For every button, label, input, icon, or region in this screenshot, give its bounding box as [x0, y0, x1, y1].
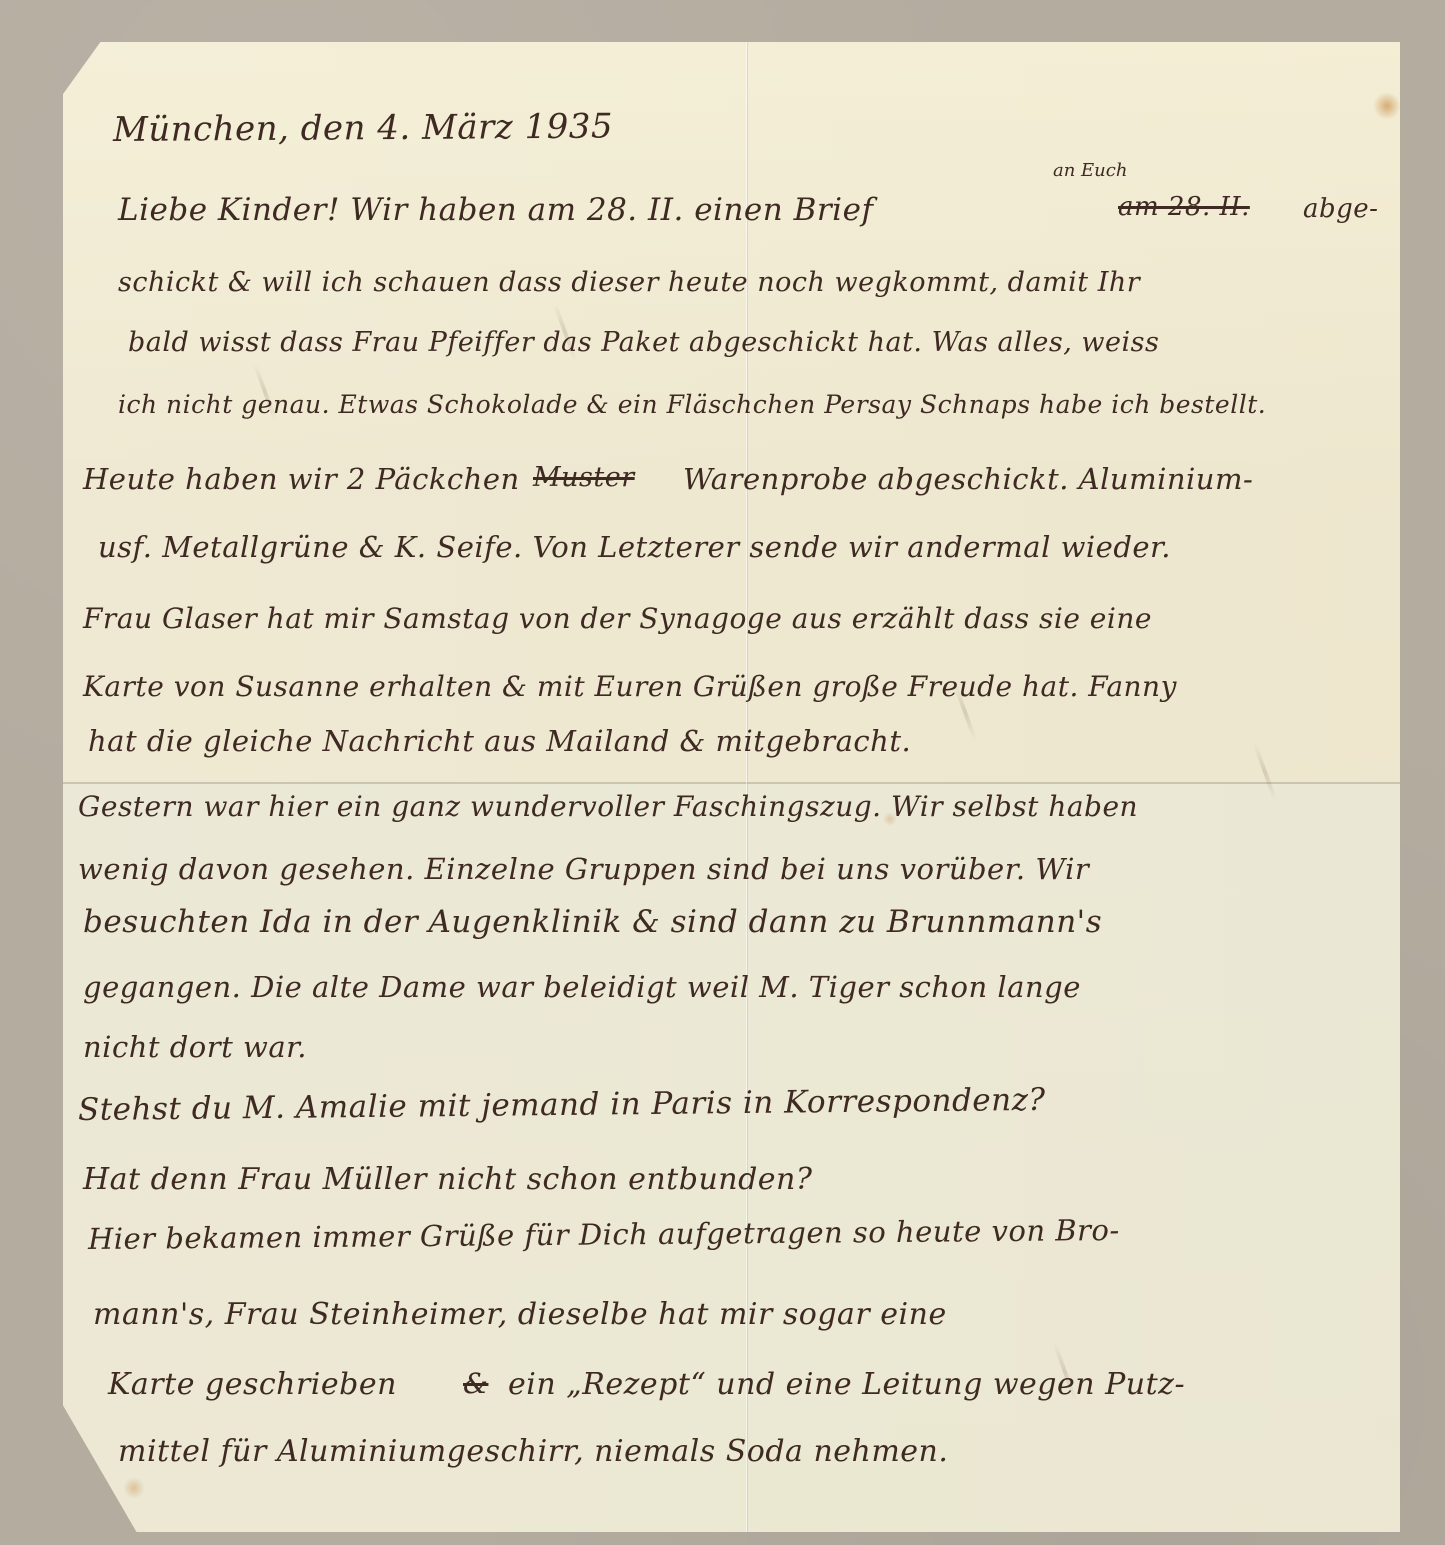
letter-line-11: wenig davon gesehen. Einzelne Gruppen si… — [78, 852, 1089, 886]
letter-line-13: gegangen. Die alte Dame war beleidigt we… — [83, 970, 1081, 1004]
letter-line-10: Gestern war hier ein ganz wundervoller F… — [78, 790, 1138, 823]
letter-paper: München, den 4. März 1935 Liebe Kinder! … — [63, 42, 1400, 1532]
letter-insertion-above: an Euch — [1053, 160, 1127, 181]
horizontal-fold-crease — [63, 782, 1400, 784]
letter-line-1-tail: abge- — [1303, 194, 1378, 224]
letter-heading-place-date: München, den 4. März 1935 — [113, 107, 613, 150]
letter-line-2: schickt & will ich schauen dass dieser h… — [118, 267, 1140, 298]
letter-line-8: Karte von Susanne erhalten & mit Euren G… — [83, 670, 1177, 703]
letter-line-14: nicht dort war. — [83, 1030, 307, 1064]
letter-line-19-tail: ein „Rezept“ und eine Leitung wegen Putz… — [508, 1367, 1185, 1402]
letter-line-5: Heute haben wir 2 Päckchen — [83, 462, 520, 496]
letter-line-5-tail: Warenprobe abgeschickt. Aluminium- — [683, 462, 1253, 496]
letter-line-4: ich nicht genau. Etwas Schokolade & ein … — [118, 390, 1266, 419]
letter-line-1: Liebe Kinder! Wir haben am 28. II. einen… — [118, 192, 873, 228]
letter-line-19: Karte geschrieben — [108, 1367, 397, 1402]
letter-line-6: usf. Metallgrüne & K. Seife. Von Letzter… — [98, 530, 1171, 564]
letter-strikethrough: Muster — [533, 462, 635, 493]
paper-lower-half — [63, 782, 1400, 1532]
rust-stain — [1373, 92, 1401, 120]
letter-line-12: besuchten Ida in der Augenklinik & sind … — [83, 904, 1102, 940]
letter-line-16: Hat denn Frau Müller nicht schon entbund… — [83, 1162, 812, 1197]
letter-line-7: Frau Glaser hat mir Samstag von der Syna… — [83, 602, 1152, 635]
letter-strikethrough: am 28. II. — [1118, 192, 1250, 222]
letter-line-18: mann's, Frau Steinheimer, dieselbe hat m… — [93, 1297, 947, 1332]
letter-line-20: mittel für Aluminiumgeschirr, niemals So… — [118, 1434, 948, 1469]
letter-line-9: hat die gleiche Nachricht aus Mailand & … — [88, 724, 911, 758]
letter-strikethrough: & — [463, 1367, 488, 1400]
rust-stain — [123, 1477, 145, 1499]
letter-line-3: bald wisst dass Frau Pfeiffer das Paket … — [128, 327, 1159, 358]
